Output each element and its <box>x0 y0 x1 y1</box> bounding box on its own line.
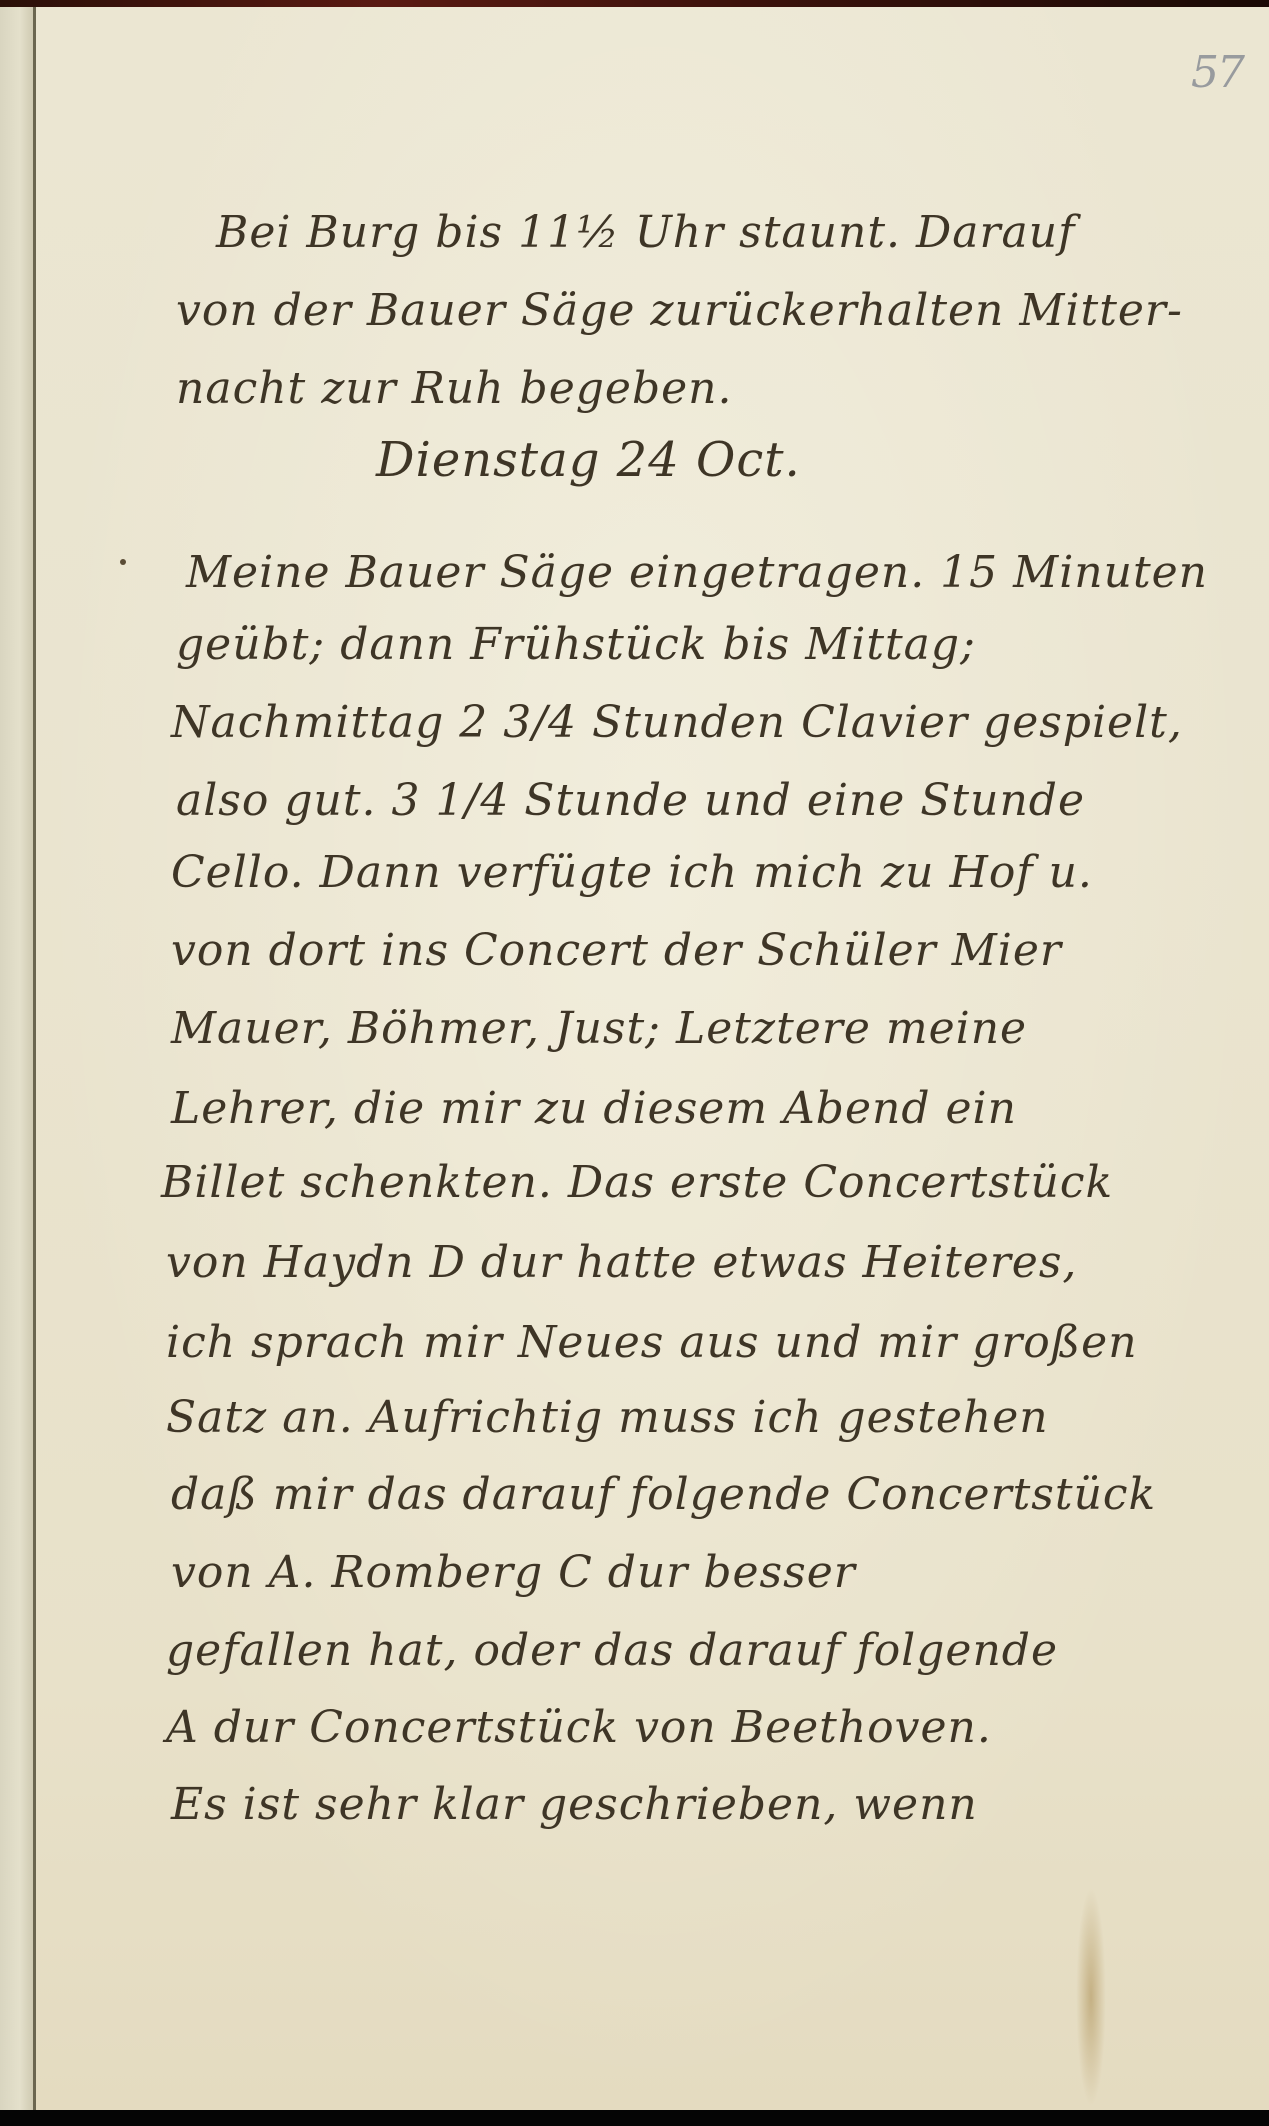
text-line: ich sprach mir Neues aus und mir großen <box>166 1317 1138 1368</box>
text-line: Billet schenkten. Das erste Concertstück <box>161 1157 1113 1208</box>
date-heading: Dienstag 24 Oct. <box>376 432 801 488</box>
margin-mark <box>120 559 126 565</box>
text-line: Bei Burg bis 11½ Uhr staunt. Darauf <box>216 207 1075 258</box>
text-line: Satz an. Aufrichtig muss ich gestehen <box>166 1392 1049 1443</box>
text-line: gefallen hat, oder das darauf folgende <box>166 1625 1058 1676</box>
text-line: also gut. 3 1/4 Stunde und eine Stunde <box>176 775 1085 826</box>
text-line: Meine Bauer Säge eingetragen. 15 Minuten <box>186 547 1208 598</box>
scan-bottom-edge <box>0 2110 1269 2126</box>
text-line: von Haydn D dur hatte etwas Heiteres, <box>166 1237 1077 1288</box>
text-line: nacht zur Ruh begeben. <box>176 363 733 414</box>
text-line: von A. Romberg C dur besser <box>171 1547 856 1598</box>
text-line: daß mir das darauf folgende Concertstück <box>171 1469 1156 1520</box>
scan-top-edge <box>0 0 1269 7</box>
water-stain <box>1076 1887 1106 2107</box>
text-line: Lehrer, die mir zu diesem Abend ein <box>171 1083 1017 1134</box>
text-line: Nachmittag 2 3/4 Stunden Clavier gespiel… <box>171 697 1183 748</box>
text-line: Es ist sehr klar geschrieben, wenn <box>171 1779 978 1830</box>
text-line: A dur Concertstück von Beethoven. <box>166 1702 992 1753</box>
text-line: Cello. Dann verfügte ich mich zu Hof u. <box>171 847 1093 898</box>
text-line: von dort ins Concert der Schüler Mier <box>171 925 1062 976</box>
facing-page-edge <box>0 7 33 2110</box>
text-line: von der Bauer Säge zurückerhalten Mitter… <box>176 285 1183 336</box>
page-number: 57 <box>1191 47 1243 98</box>
text-line: geübt; dann Frühstück bis Mittag; <box>176 619 976 670</box>
text-line: Mauer, Böhmer, Just; Letztere meine <box>171 1003 1027 1054</box>
manuscript-page: 57 Bei Burg bis 11½ Uhr staunt. Darauf v… <box>36 7 1269 2110</box>
